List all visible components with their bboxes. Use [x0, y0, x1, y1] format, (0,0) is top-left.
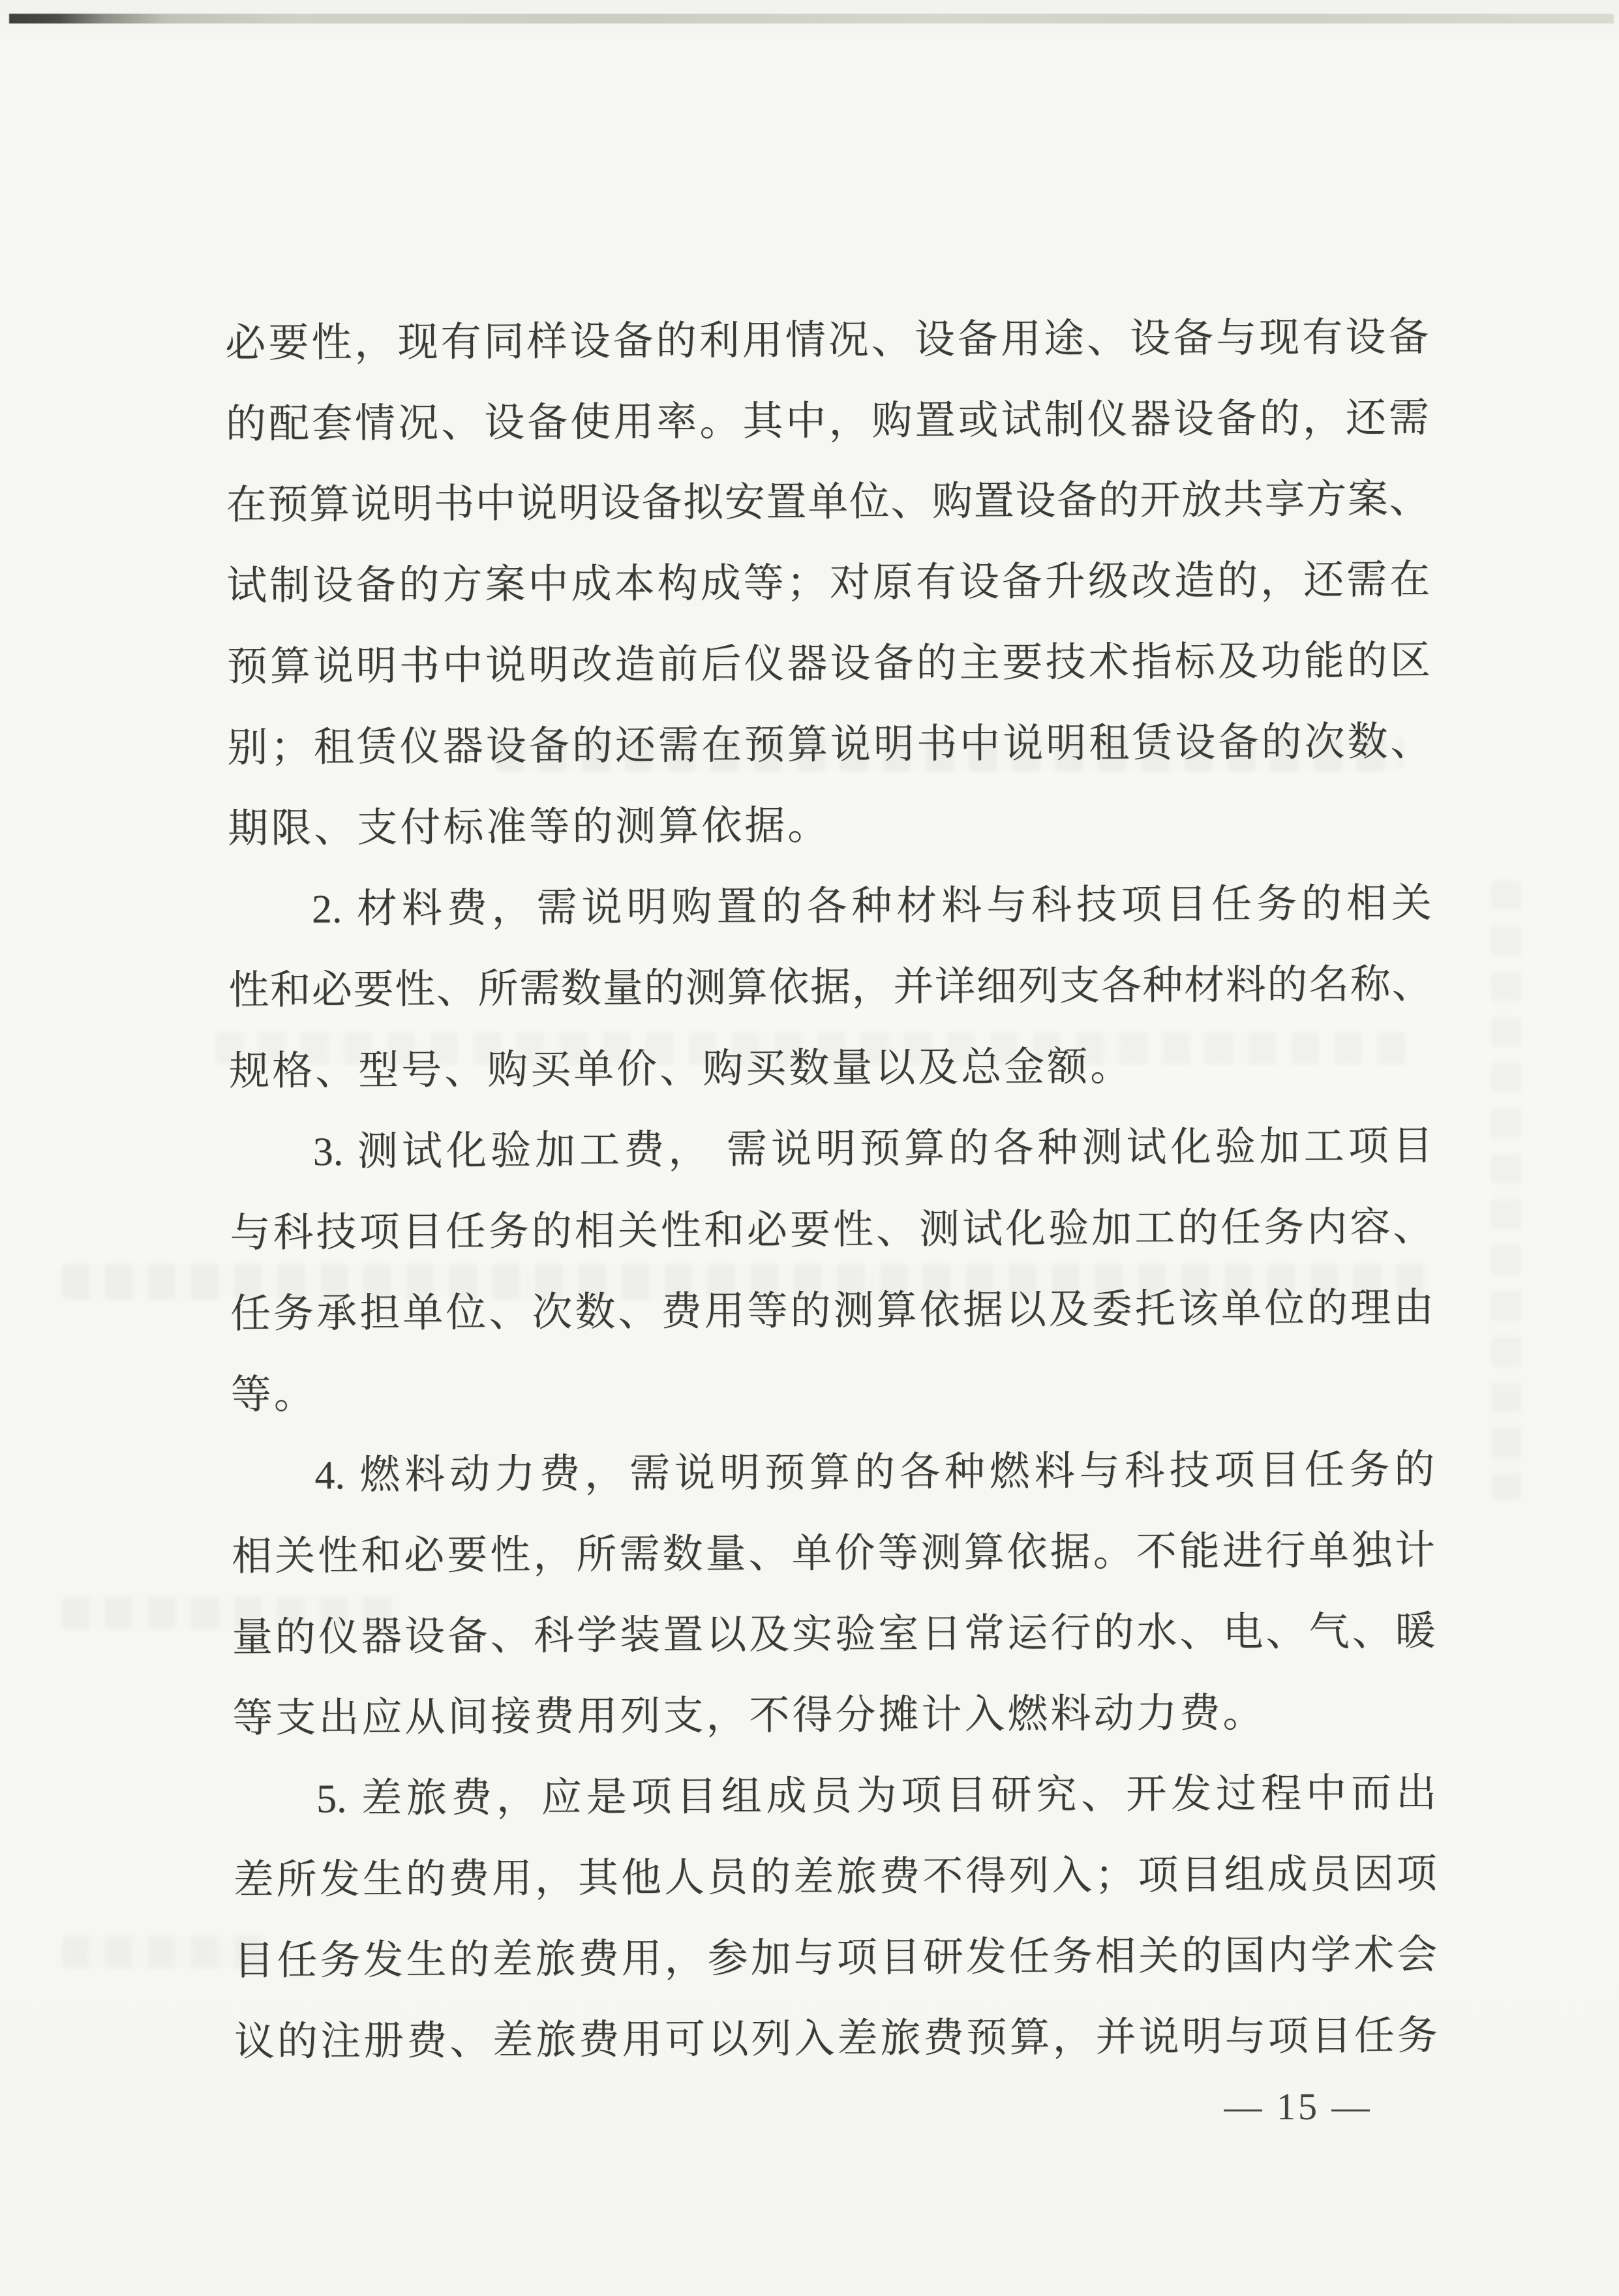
text-line: 3. 测试化验加工费， 需说明预算的各种测试化验加工项目 — [229, 1106, 1433, 1193]
scanned-document-page: 必要性，现有同样设备的利用情况、设备用途、设备与现有设备的配套情况、设备使用率。… — [0, 0, 1619, 2296]
text-line: 相关性和必要性，所需数量、单价等测算依据。不能进行单独计 — [232, 1510, 1436, 1597]
text-line: 预算说明书中说明改造前后仪器设备的主要技术指标及功能的区 — [227, 620, 1431, 708]
text-line: 差所发生的费用，其他人员的差旅费不得列入；项目组成员因项 — [233, 1834, 1437, 1921]
text-line: 期限、支付标准等的测算依据。 — [228, 782, 1432, 869]
text-line: 量的仪器设备、科学装置以及实验室日常运行的水、电、气、暖 — [232, 1591, 1436, 1678]
text-line: 试制设备的方案中成本构成等；对原有设备升级改造的，还需在 — [226, 539, 1430, 627]
text-line: 规格、型号、购买单价、购买数量以及总金额。 — [229, 1025, 1433, 1112]
text-line: 目任务发生的差旅费用，参加与项目研发任务相关的国内学术会 — [234, 1914, 1438, 2002]
text-line: 与科技项目任务的相关性和必要性、测试化验加工的任务内容、 — [230, 1186, 1434, 1274]
text-line: 性和必要性、所需数量的测算依据，并详细列支各种材料的名称、 — [228, 944, 1432, 1031]
text-line: 4. 燃料动力费，需说明预算的各种燃料与科技项目任务的 — [231, 1429, 1435, 1517]
text-line: 的配套情况、设备使用率。其中，购置或试制仪器设备的，还需 — [226, 378, 1430, 465]
scan-artifact-top-band — [9, 14, 1614, 23]
text-line: 2. 材料费，需说明购置的各种材料与科技项目任务的相关 — [228, 863, 1432, 950]
text-line: 在预算说明书中说明设备拟安置单位、购置设备的开放共享方案、 — [226, 459, 1430, 546]
document-body: 必要性，现有同样设备的利用情况、设备用途、设备与现有设备的配套情况、设备使用率。… — [225, 297, 1438, 2083]
page-number-label: — 15 — — [1224, 2085, 1372, 2128]
text-line: 必要性，现有同样设备的利用情况、设备用途、设备与现有设备 — [225, 297, 1429, 384]
text-line: 议的注册费、差旅费用可以列入差旅费预算，并说明与项目任务 — [234, 1995, 1438, 2083]
text-line: 任务承担单位、次数、费用等的测算依据以及委托该单位的理由 — [230, 1267, 1434, 1355]
text-line: 5. 差旅费，应是项目组成员为项目研究、开发过程中而出 — [233, 1753, 1437, 1840]
bleed-through-artifact — [1491, 881, 1521, 1500]
page-number: — 15 — — [1207, 2085, 1389, 2128]
text-line: 别；租赁仪器设备的还需在预算说明书中说明租赁设备的次数、 — [227, 701, 1431, 789]
text-line: 等。 — [230, 1348, 1434, 1436]
text-line: 等支出应从间接费用列支，不得分摊计入燃料动力费。 — [232, 1672, 1436, 1759]
